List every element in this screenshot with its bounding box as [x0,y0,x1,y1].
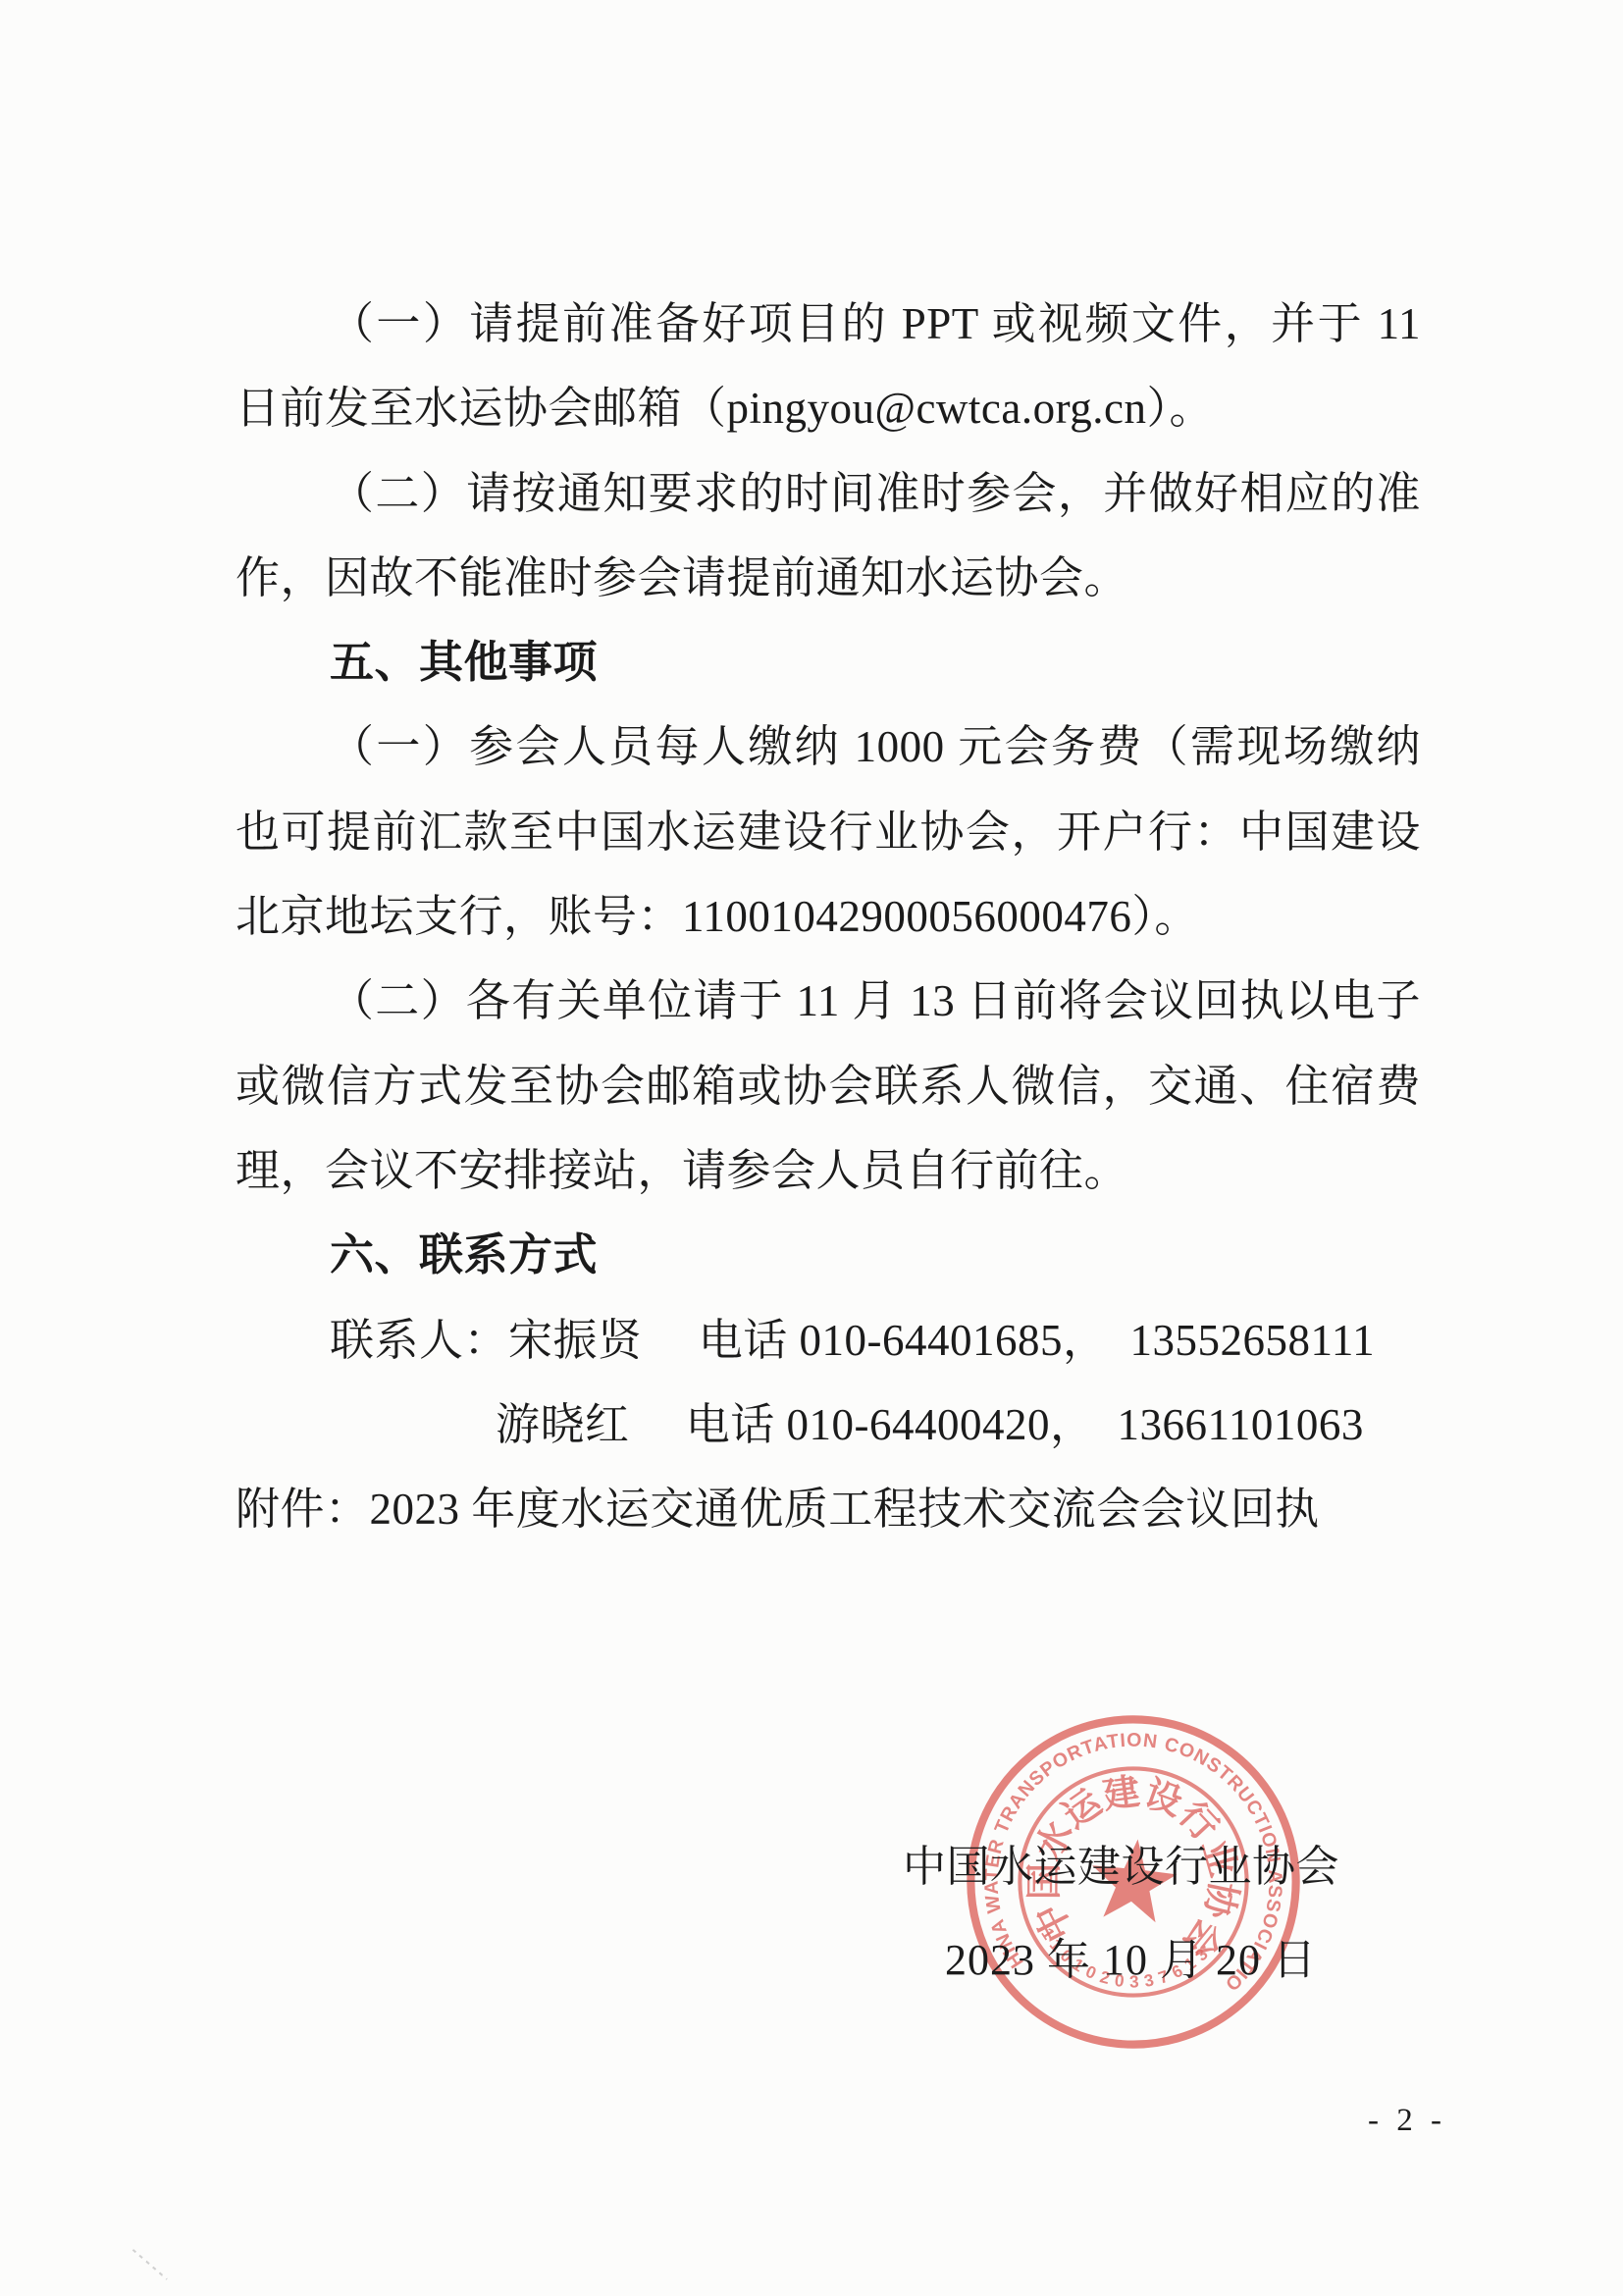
text-line: （二）请按通知要求的时间准时参会，并做好相应的准备工 [236,451,1421,536]
body-text: （一）请提前准备好项目的 PPT 或视频文件，并于 11 月 24 日前发至水运… [236,282,1421,1551]
text-line: 理，会议不安排接站，请参会人员自行前往。 [236,1128,1421,1213]
attachment-line: 附件：2023 年度水运交通优质工程技术交流会会议回执 [236,1467,1421,1551]
text-line: 或微信方式发至协会邮箱或协会联系人微信，交通、住宿费用自 [236,1044,1421,1128]
text-line: （二）各有关单位请于 11 月 13 日前将会议回执以电子邮件 [236,959,1421,1043]
text-line: 作，因故不能准时参会请提前通知水运协会。 [236,536,1421,620]
text-line: 日前发至水运协会邮箱（pingyou@cwtca.org.cn）。 [236,366,1421,450]
text-line: （一）请提前准备好项目的 PPT 或视频文件，并于 11 月 24 [236,282,1421,366]
signature-date: 2023 年 10 月 20 日 [945,1924,1317,1987]
contact-line: 联系人：宋振贤 电话 010-64401685， 13552658111 [236,1298,1421,1383]
document-page: （一）请提前准备好项目的 PPT 或视频文件，并于 11 月 24 日前发至水运… [0,0,1623,2296]
section-heading: 五、其他事项 [236,620,1421,704]
text-line: 北京地坛支行，账号：11001042900056000476）。 [236,874,1421,959]
scan-artifact [132,2249,168,2280]
page-number: - 2 - [1368,2103,1446,2139]
text-line: 也可提前汇款至中国水运建设行业协会，开户行：中国建设银行 [236,790,1421,874]
contact-line: 游晓红 电话 010-64400420， 13661101063 [496,1383,1421,1467]
section-heading: 六、联系方式 [236,1213,1421,1297]
text-line: （一）参会人员每人缴纳 1000 元会务费（需现场缴纳现金， [236,704,1421,789]
signature-organization: 中国水运建设行业协会 [903,1831,1339,1894]
